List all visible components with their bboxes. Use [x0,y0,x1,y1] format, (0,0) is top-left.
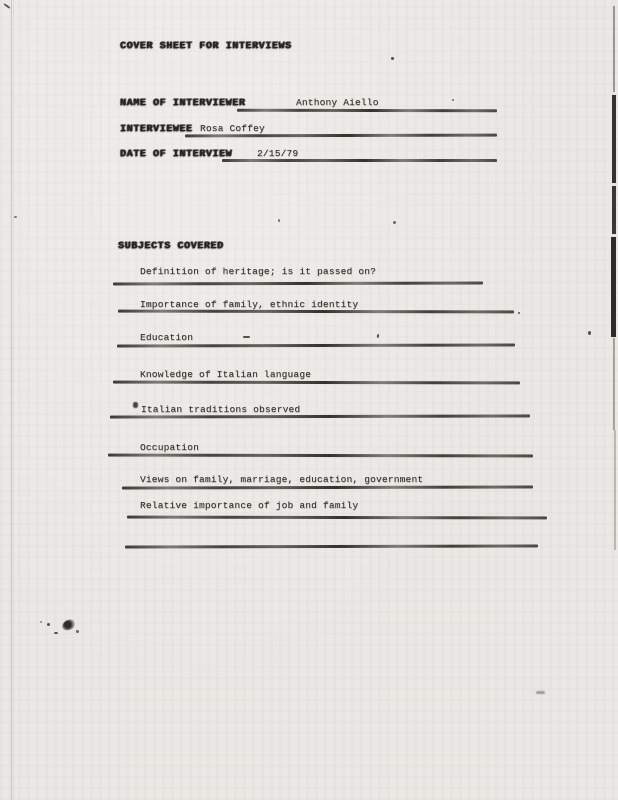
scan-artifact-dash [243,336,250,338]
scan-artifact-dot [452,99,454,101]
scan-artifact-dot [76,630,79,633]
subject-item: Views on family, marriage, education, go… [140,474,423,485]
subject-rule [113,281,483,285]
subject-rule [110,414,530,418]
field-value-interviewee: Rosa Coffey [200,123,265,134]
scan-artifact-tick [3,3,11,9]
scan-artifact-dot [278,219,280,222]
scan-artifact-apostrophe [377,334,380,338]
scan-artifact-dot [40,621,42,623]
scan-artifact-supermark [133,402,138,408]
scan-artifact-dot [47,623,50,626]
right-page-edge-shadow [612,95,616,183]
subject-rule [118,310,514,313]
subject-item: Relative importance of job and family [140,500,358,511]
right-page-edge-shadow [614,430,616,550]
left-page-edge-line [11,0,12,800]
scan-artifact-dot [14,216,17,218]
scan-artifact-smudge [536,691,545,694]
subject-rule [127,516,547,520]
scan-artifact-dot [54,632,58,634]
subject-item: Knowledge of Italian language [140,369,311,380]
field-value-interviewer: Anthony Aiello [296,97,379,108]
field-rule-interviewee [185,134,497,137]
field-label-interviewee: INTERVIEWEE [120,124,193,135]
right-page-edge-shadow [612,186,616,234]
scan-artifact-ink-blob [61,618,76,631]
subject-rule [108,454,533,457]
scan-artifact-dot [393,221,396,224]
right-page-edge-shadow [611,237,616,337]
subject-item: Education [140,332,193,343]
field-value-date: 2/15/79 [257,148,298,159]
subject-rule [113,380,520,383]
left-page-edge-line-faint [13,0,14,800]
subject-item: Definition of heritage; is it passed on? [140,266,376,277]
subject-item: Importance of family, ethnic identity [140,299,358,310]
subject-rule [122,485,533,489]
scanned-document-page: COVER SHEET FOR INTERVIEWS NAME OF INTER… [0,0,618,800]
blank-rule [125,544,538,548]
subjects-heading: SUBJECTS COVERED [118,241,224,252]
subject-item: Italian traditions observed [141,404,300,415]
field-rule-date [222,159,497,162]
right-page-edge-shadow [613,338,615,430]
subject-rule [117,343,515,347]
field-rule-interviewer [237,109,497,112]
scan-artifact-dot [391,57,394,60]
field-label-date: DATE OF INTERVIEW [120,149,232,160]
document-title: COVER SHEET FOR INTERVIEWS [120,41,292,52]
scan-artifact-dot [518,312,520,314]
right-page-edge-shadow [613,6,615,92]
scan-artifact-dot [588,331,591,335]
field-label-interviewer: NAME OF INTERVIEWER [120,98,245,109]
subject-item: Occupation [140,442,199,453]
